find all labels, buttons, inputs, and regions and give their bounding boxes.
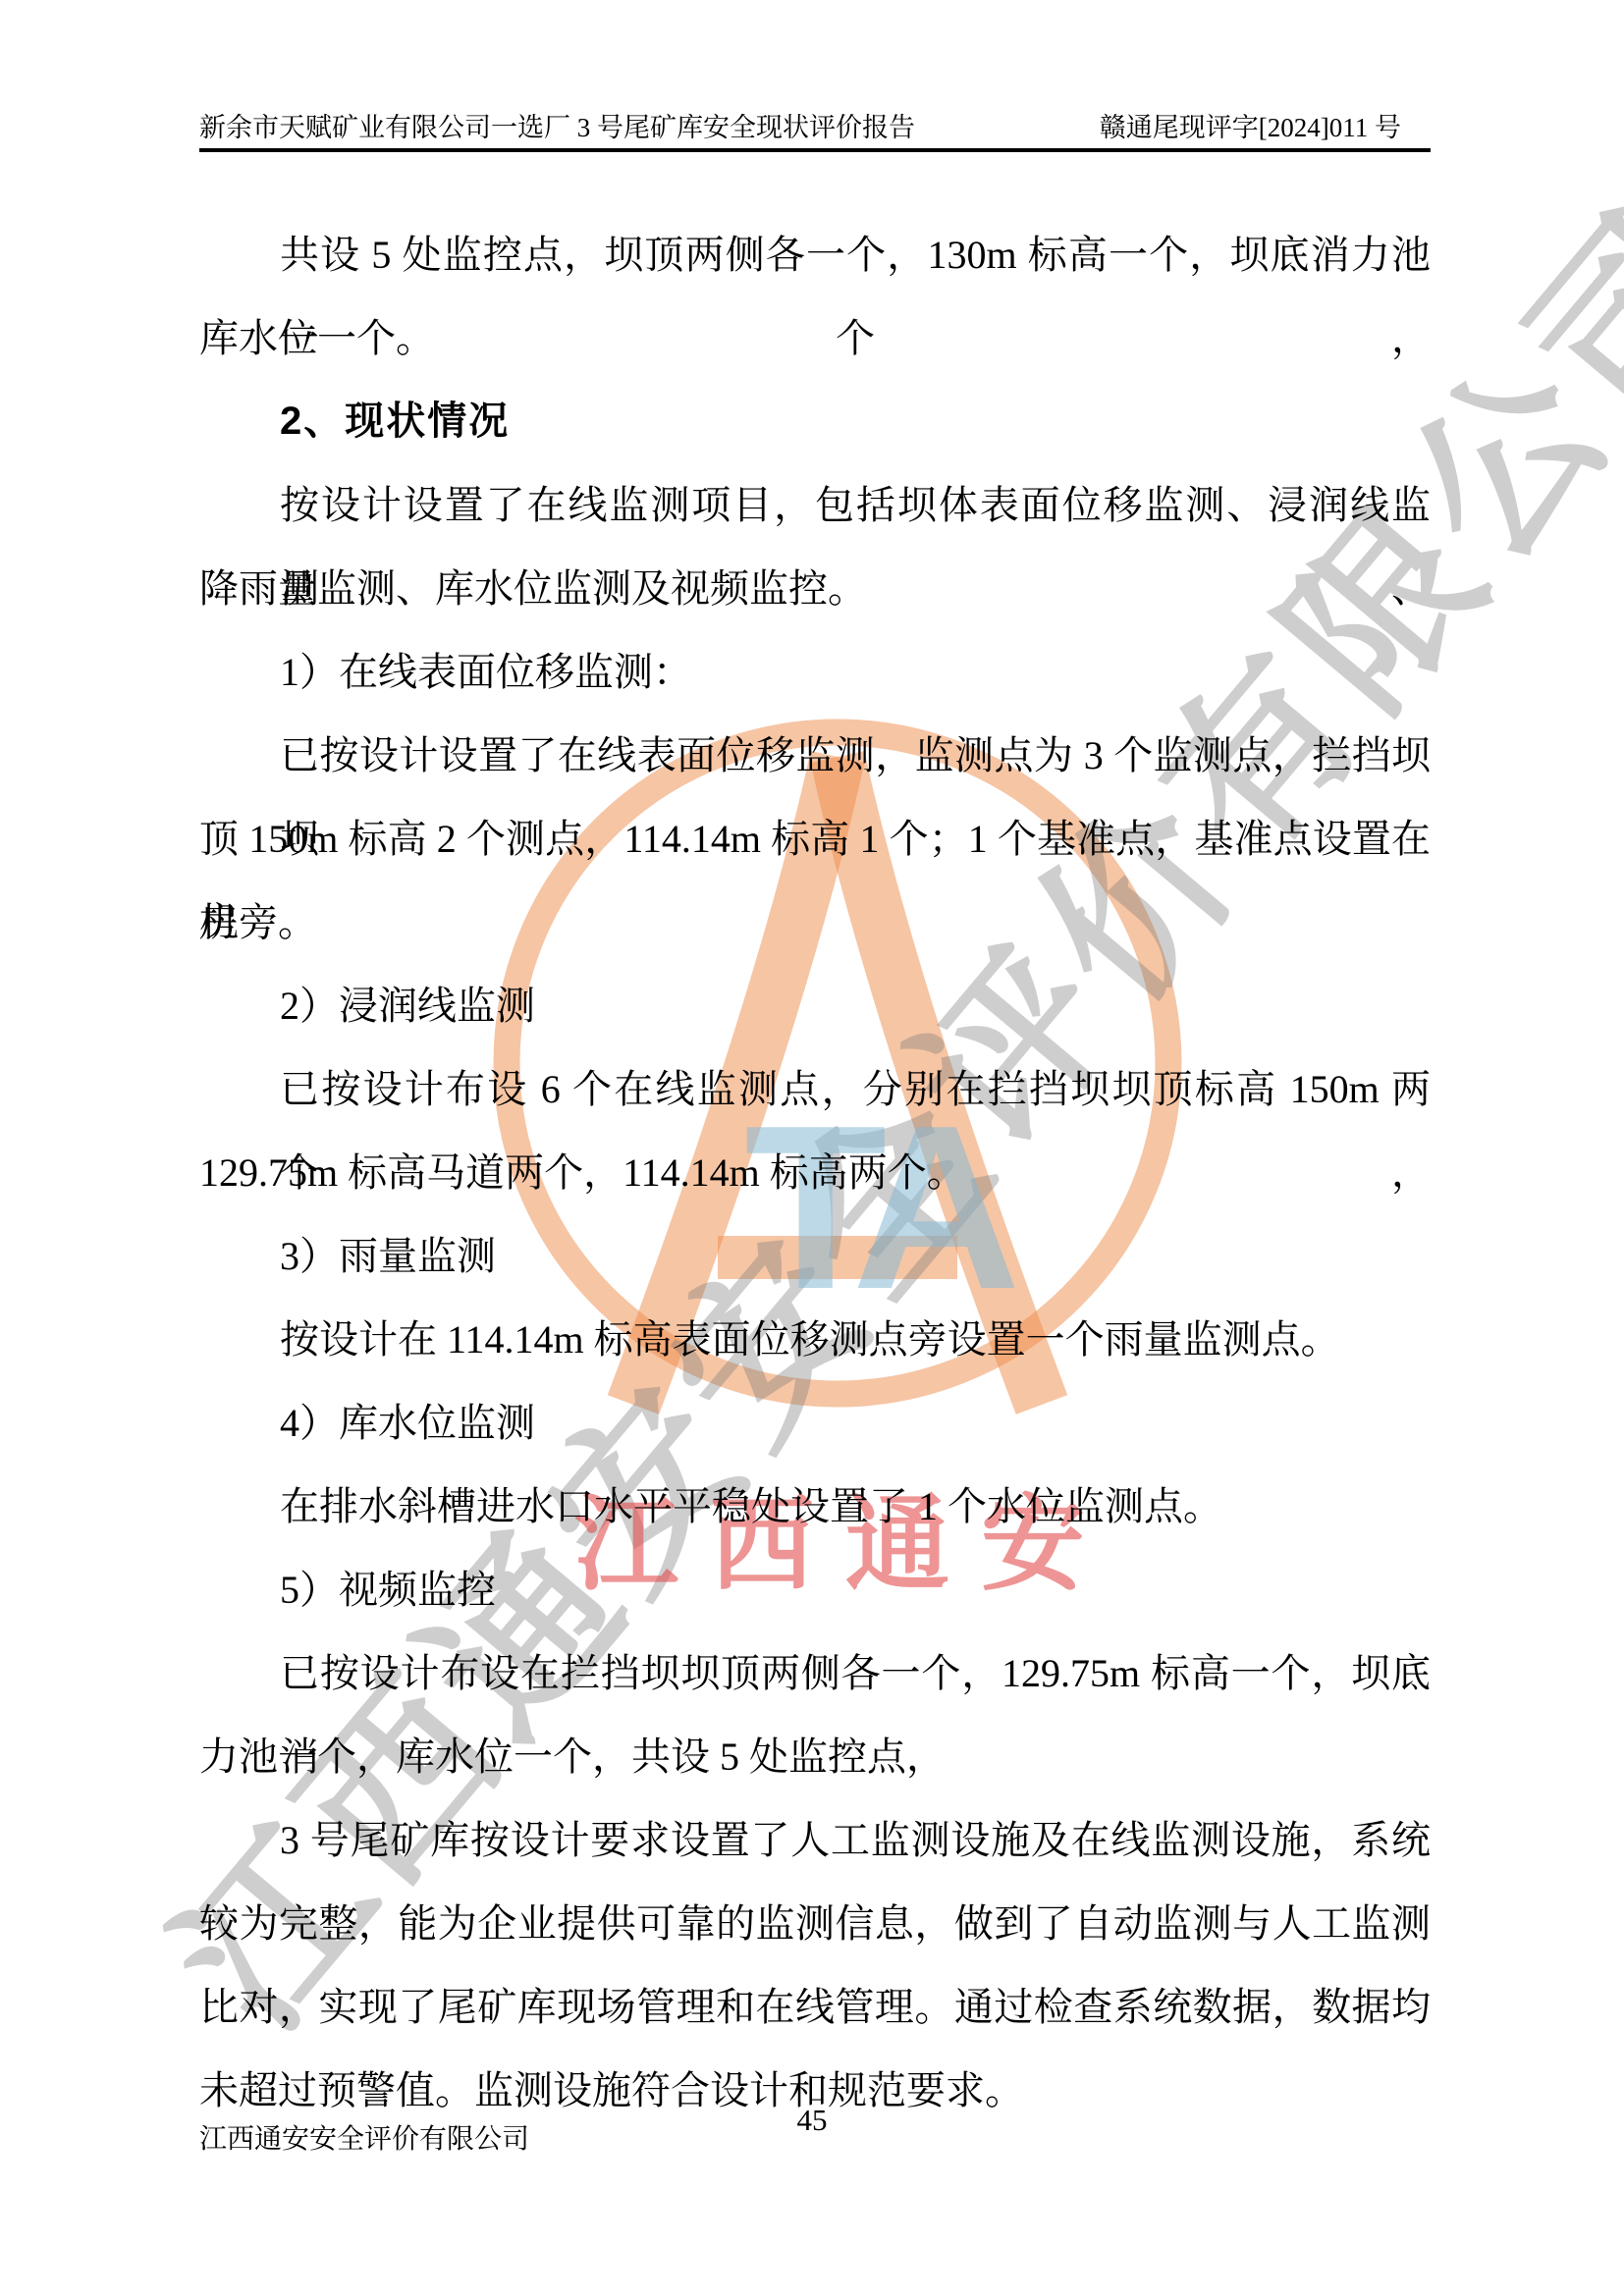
header-report-title: 新余市天赋矿业有限公司一选厂 3 号尾矿库安全现状评价报告 [199, 108, 915, 147]
text-line: 共设 5 处监控点，坝顶两侧各一个，130m 标高一个，坝底消力池一个， [199, 213, 1431, 296]
text-line: 力池一个，库水位一个，共设 5 处监控点， [199, 1715, 1431, 1798]
text-line: 较为完整，能为企业提供可靠的监测信息，做到了自动监测与人工监测 [199, 1882, 1431, 1965]
footer-company-name: 江西通安安全评价有限公司 [199, 2122, 529, 2158]
text-line: 4）库水位监测 [199, 1381, 1431, 1465]
text-line: 2）浸润线监测 [199, 964, 1431, 1047]
text-line: 已按设计布设在拦挡坝坝顶两侧各一个，129.75m 标高一个，坝底消 [199, 1631, 1431, 1715]
text-line: 3）雨量监测 [199, 1214, 1431, 1298]
document-page: 江西通安安全评价有限公司 TA 江西通安 新余市天赋矿业有限公司一选厂 3 号尾… [0, 0, 1624, 2296]
text-line: 按设计在 114.14m 标高表面位移测点旁设置一个雨量监测点。 [199, 1298, 1431, 1381]
header-rule [199, 148, 1431, 152]
text-line: 5）视频监控 [199, 1548, 1431, 1631]
text-line: 顶 150m 标高 2 个测点，114.14m 标高 1 个；1 个基准点，基准… [199, 797, 1431, 881]
section-heading: 2、现状情况 [199, 380, 1431, 463]
content-layer: 新余市天赋矿业有限公司一选厂 3 号尾矿库安全现状评价报告 赣通尾现评字[202… [0, 0, 1624, 2296]
text-line: 已按设计布设 6 个在线监测点，分别在拦挡坝坝顶标高 150m 两个， [199, 1047, 1431, 1131]
text-line: 房旁。 [199, 881, 1431, 964]
header-document-number: 赣通尾现评字[2024]011 号 [1100, 108, 1401, 147]
body-lines: 共设 5 处监控点，坝顶两侧各一个，130m 标高一个，坝底消力池一个，库水位一… [199, 213, 1431, 2132]
text-line: 在排水斜槽进水口水平平稳处设置了 1 个水位监测点。 [199, 1465, 1431, 1548]
text-line: 1）在线表面位移监测： [199, 630, 1431, 714]
text-line: 已按设计设置了在线表面位移监测，监测点为 3 个监测点，拦挡坝坝 [199, 714, 1431, 797]
text-line: 比对，实现了尾矿库现场管理和在线管理。通过检查系统数据，数据均 [199, 1965, 1431, 2049]
text-line: 3 号尾矿库按设计要求设置了人工监测设施及在线监测设施，系统 [199, 1798, 1431, 1882]
text-line: 按设计设置了在线监测项目，包括坝体表面位移监测、浸润线监测、 [199, 463, 1431, 547]
